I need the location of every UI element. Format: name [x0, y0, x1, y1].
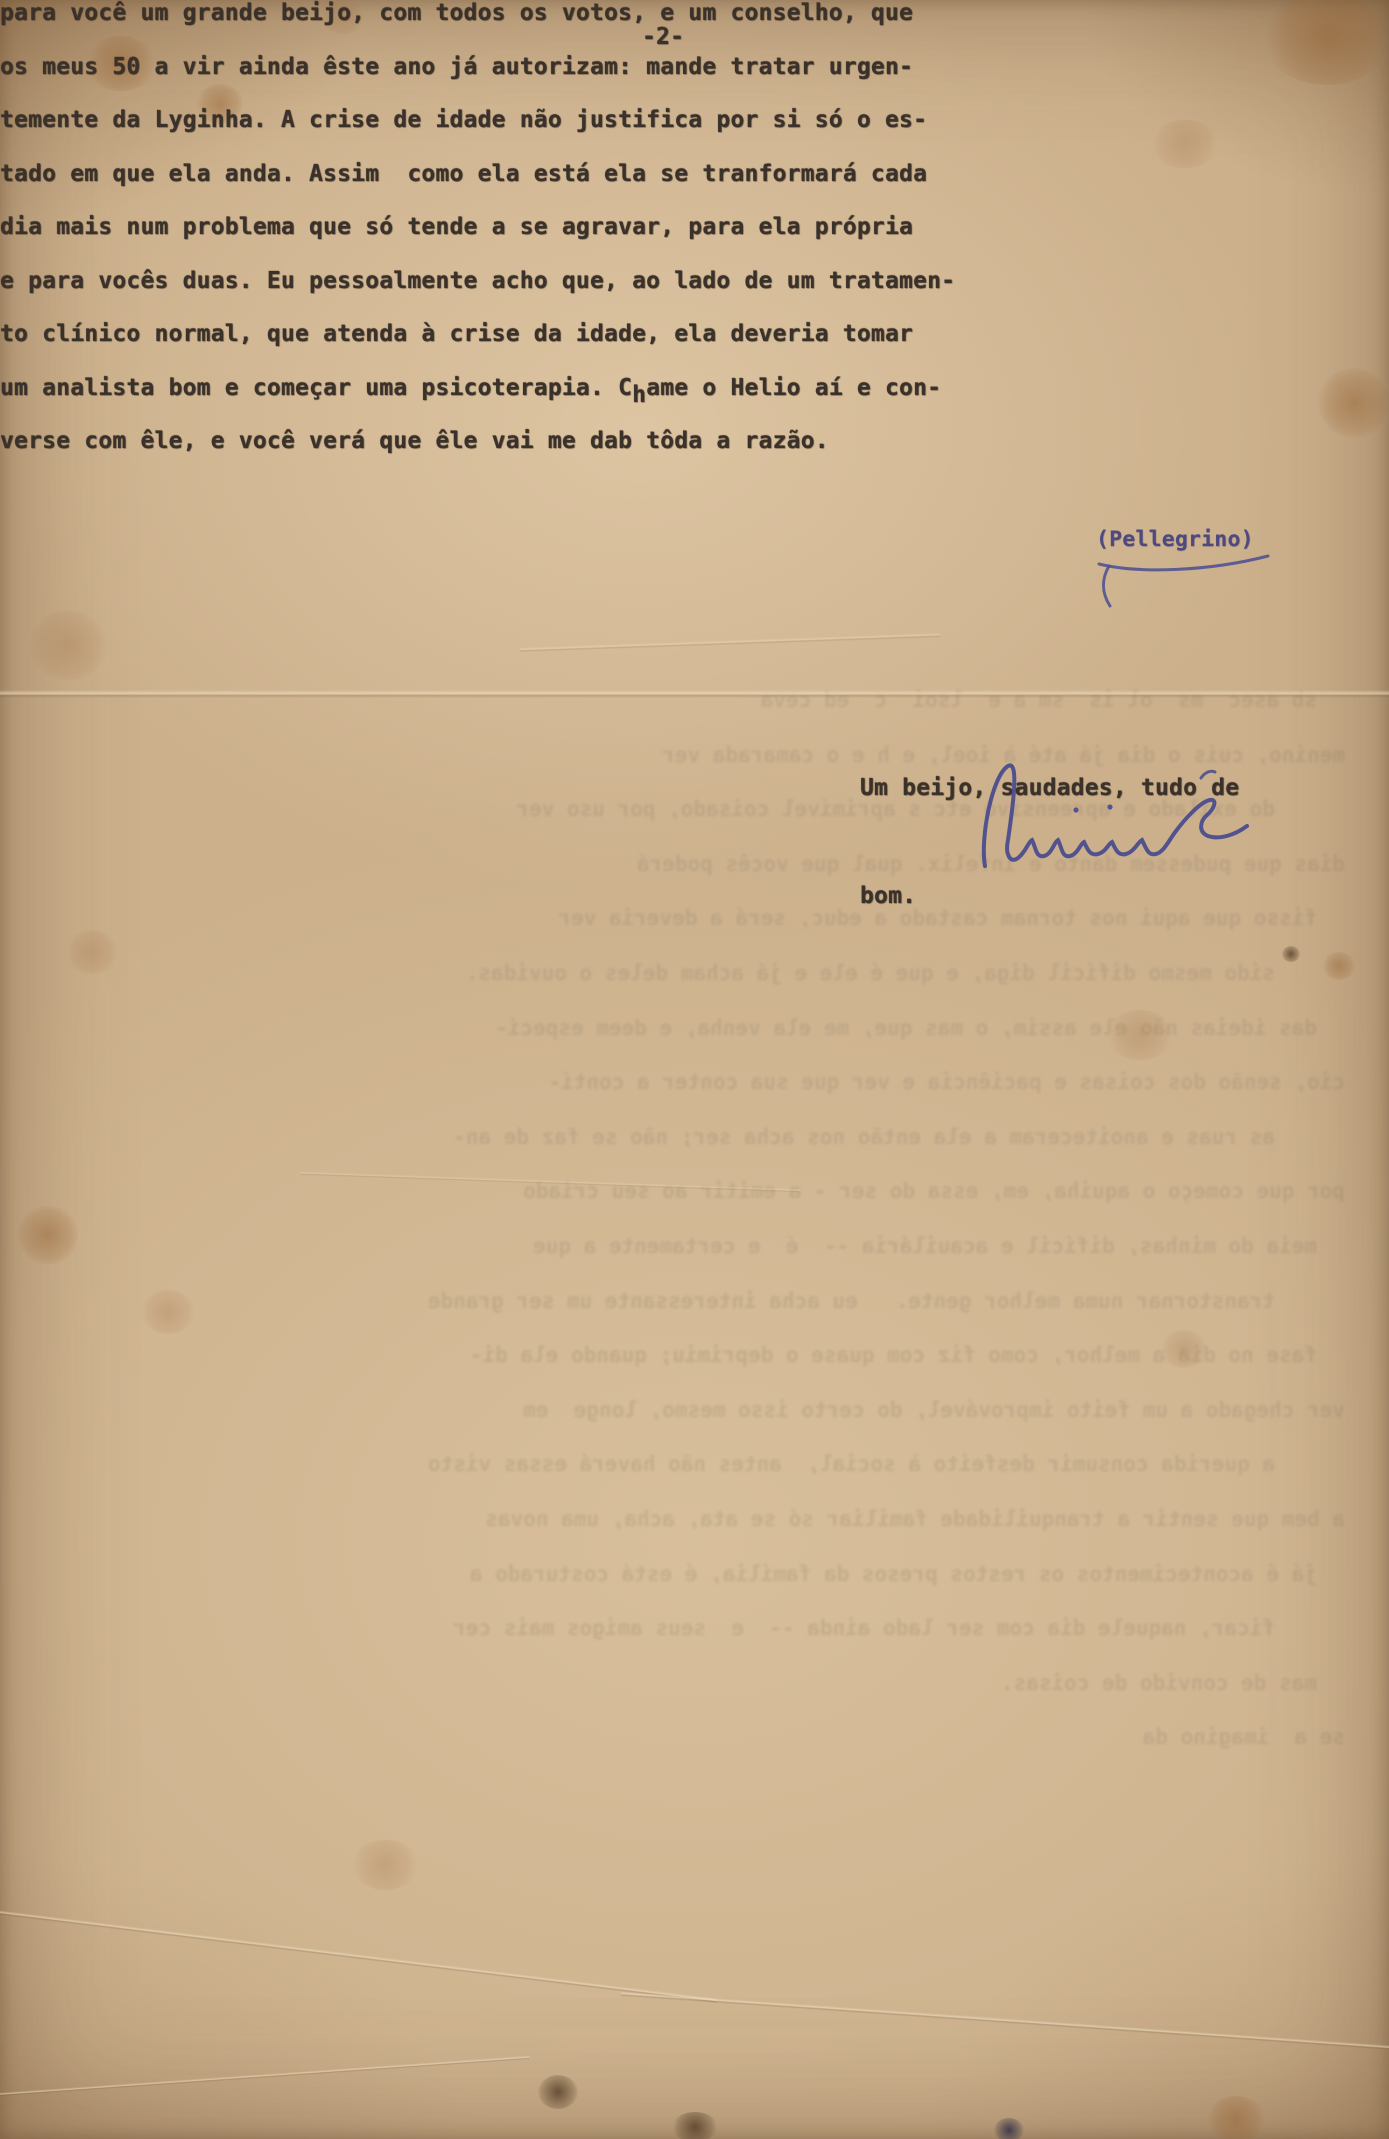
bleedthrough-line: as ruas e anoiteceram a ela então nos ac…: [55, 1125, 1275, 1180]
fold-crease: [0, 690, 1389, 698]
letter-page: sb asec ms ol is sm a e lsoi c ed cevame…: [0, 0, 1389, 2139]
stain: [1160, 1330, 1208, 1368]
bleedthrough-line: a bem que sentir a tranquilidade familia…: [55, 1507, 1345, 1562]
bleedthrough-line: já é acontecimentos os restos presos da …: [55, 1562, 1317, 1617]
bleedthrough-line: [55, 1780, 1275, 1835]
line8-mid: ame o Helio: [646, 375, 801, 401]
bleedthrough-line: ver chegado a um feito improvável, do ce…: [55, 1398, 1345, 1453]
bleedthrough-line: transtornar numa melhor gente. eu acha i…: [55, 1289, 1275, 1344]
body-line: e para vocês duas. Eu pessoalmente acho …: [0, 268, 1389, 322]
bleedthrough-line: a querida consumir desfeito à social, an…: [55, 1452, 1275, 1507]
bleedthrough-line: meia do minhas, difícil e acauilária -- …: [55, 1234, 1317, 1289]
body-line: verse com êle, e você verá que êle vai m…: [0, 428, 1389, 482]
bleedthrough-line: cio, senão dos coisas e paciência e ver …: [55, 1070, 1345, 1125]
bleedthrough-line: ficar, naquele dia com ser lado ainda --…: [55, 1616, 1275, 1671]
stain: [1322, 952, 1356, 980]
body-line: temente da Lyginha. A crise de idade não…: [0, 107, 1389, 161]
stain: [66, 930, 118, 974]
bleedthrough-line: por que começo o aquiha, em, essa do ser…: [55, 1179, 1345, 1234]
stain: [18, 1205, 78, 1265]
paper-crease: [621, 1991, 1389, 2053]
body-line: dia mais num problema que só tende a se …: [0, 214, 1389, 268]
stain: [672, 2112, 718, 2139]
stain: [1105, 1010, 1175, 1060]
bleedthrough-line: se a imagino da: [55, 1725, 1345, 1780]
paper-crease: [0, 1906, 717, 2004]
stain: [28, 610, 108, 680]
signature-vinicius: Vinicius: [955, 742, 1265, 892]
letter-body: para você um grande beijo, com todos os …: [0, 0, 1389, 482]
bleedthrough-line: [55, 1834, 1345, 1889]
stain: [1206, 2096, 1266, 2139]
stain: [538, 2075, 578, 2109]
stain: [1282, 946, 1300, 962]
stain: [140, 1290, 196, 1334]
paper-crease: [0, 2055, 529, 2098]
body-line-chame-helio: um analista bom e começar uma psicoterap…: [0, 375, 1389, 429]
bleedthrough-line: fase no dia a melhor, como fiz com quase…: [55, 1343, 1317, 1398]
line8-pre: um analista bom e começar uma psicoterap…: [0, 375, 632, 401]
stain: [350, 1840, 420, 1890]
paper-crease: [520, 633, 940, 653]
body-line: tado em que ela anda. Assim como ela est…: [0, 161, 1389, 215]
bleedthrough-line: das ideias não ele assim, o mas que, me …: [55, 1016, 1317, 1071]
annotation-ink-marks: [1085, 538, 1285, 613]
body-line: to clínico normal, que atenda à crise da…: [0, 321, 1389, 375]
paper-crease: [300, 1171, 800, 1192]
bleedthrough-line: mas de convido de coisas.: [55, 1671, 1317, 1726]
line8-dropped-h: h: [632, 382, 646, 408]
body-line: para você um grande beijo, com todos os …: [0, 0, 1389, 54]
body-line: os meus 50 a vir ainda êste ano já autor…: [0, 54, 1389, 108]
ink-smudge: [994, 2118, 1024, 2139]
line8-post: aí e con-: [801, 375, 941, 401]
